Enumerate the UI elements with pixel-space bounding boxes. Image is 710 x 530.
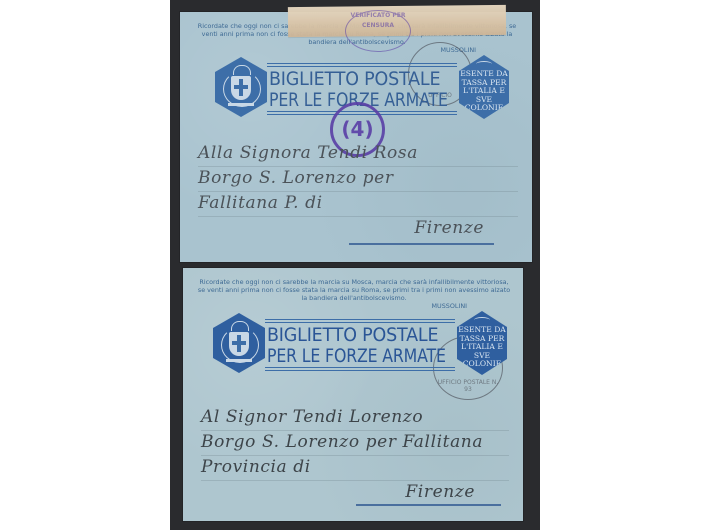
- ribbon-icon: [226, 359, 252, 362]
- address-city: Firenze: [198, 217, 518, 241]
- royal-coat-of-arms-icon: [213, 313, 265, 373]
- royal-coat-of-arms-icon: [215, 57, 267, 117]
- address-line: Alla Signora Tendi Rosa: [198, 142, 518, 167]
- ribbon-icon: [228, 103, 254, 106]
- quote-author: MUSSOLINI: [432, 302, 467, 310]
- savoy-cross-shield-icon: [229, 332, 249, 356]
- card-header: BIGLIETTO POSTALE PER LE FORZE ARMATE ES…: [213, 315, 513, 385]
- postage-exempt-badge: ESENTE DA TASSA PER L'ITALIA E SVE COLON…: [457, 311, 507, 375]
- ornament-icon: [474, 317, 490, 323]
- ornament-icon: [476, 61, 492, 67]
- card-title-line1: BIGLIETTO POSTALE: [267, 324, 438, 346]
- address-line: Borgo S. Lorenzo per Fallitana: [201, 431, 509, 456]
- lettercard-top: Ricordate che oggi non ci sarebbe la mar…: [180, 12, 532, 262]
- exempt-text: ESENTE DA TASSA PER L'ITALIA E SVE COLON…: [459, 70, 509, 113]
- handwritten-address: Alla Signora Tendi Rosa Borgo S. Lorenzo…: [198, 142, 518, 241]
- handwritten-address: Al Signor Tendi Lorenzo Borgo S. Lorenzo…: [201, 406, 509, 505]
- quote-text: Ricordate che oggi non ci sarebbe la mar…: [198, 278, 510, 302]
- address-underline: [356, 504, 501, 506]
- title-band: BIGLIETTO POSTALE PER LE FORZE ARMATE: [265, 319, 455, 371]
- savoy-cross-shield-icon: [231, 76, 251, 100]
- address-underline: [349, 243, 494, 245]
- propaganda-quote: Ricordate che oggi non ci sarebbe la mar…: [197, 278, 511, 302]
- exempt-text: ESENTE DA TASSA PER L'ITALIA E SVE COLON…: [457, 326, 507, 369]
- address-line: Borgo S. Lorenzo per: [198, 167, 518, 192]
- lettercard-bottom: Ricordate che oggi non ci sarebbe la mar…: [183, 268, 523, 521]
- address-line: Fallitana P. di: [198, 192, 518, 217]
- censor-handstamp-faint: VERIFICATO PER CENSURA: [345, 10, 411, 52]
- card-title-line2: PER LE FORZE ARMATE: [267, 345, 446, 367]
- address-line: Al Signor Tendi Lorenzo: [201, 406, 509, 431]
- address-city: Firenze: [201, 481, 509, 505]
- postage-exempt-badge: ESENTE DA TASSA PER L'ITALIA E SVE COLON…: [459, 55, 509, 119]
- address-line: Provincia di: [201, 456, 509, 481]
- card-title-line1: BIGLIETTO POSTALE: [269, 68, 440, 90]
